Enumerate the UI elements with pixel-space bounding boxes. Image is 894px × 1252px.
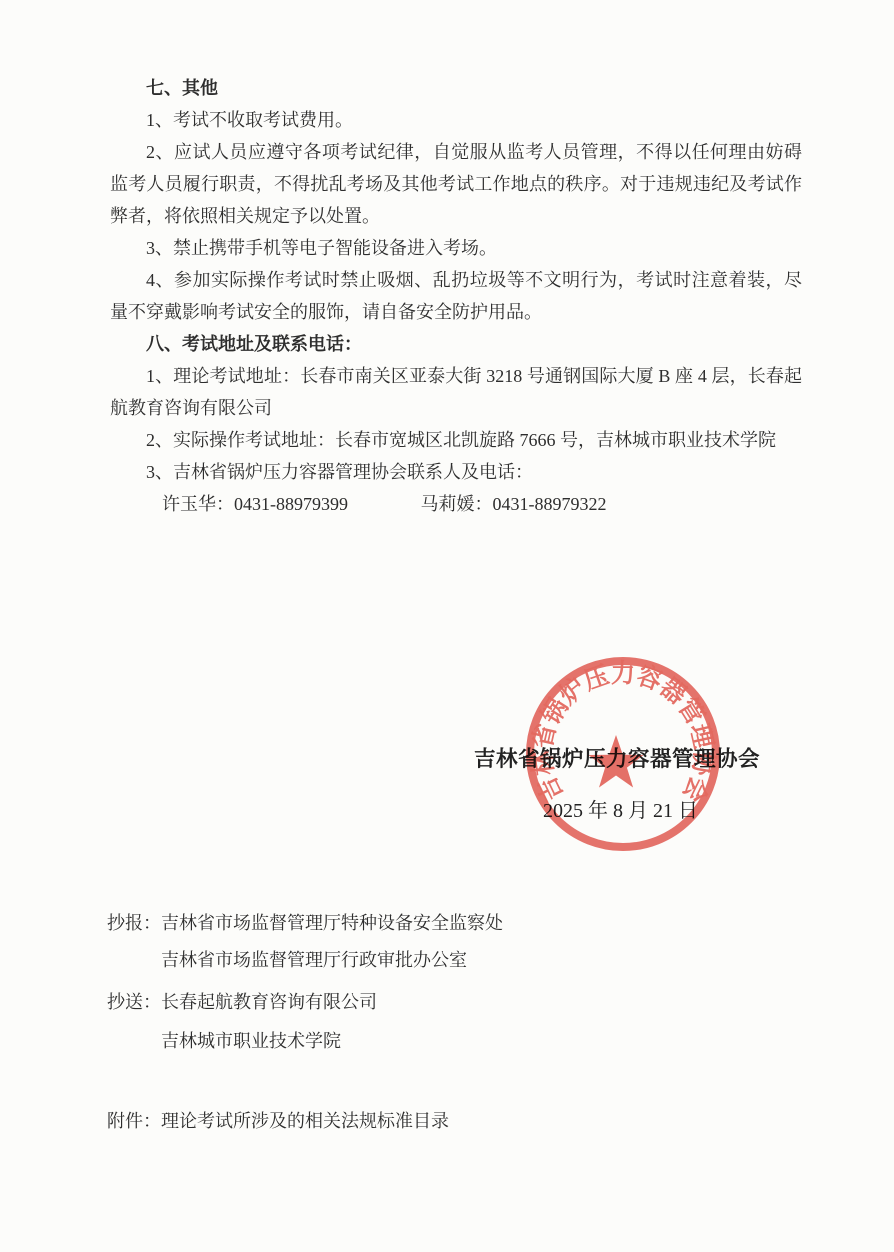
attachment-label: 附件： — [107, 1111, 161, 1131]
cc-report-line-1: 抄报：吉林省市场监督管理厅特种设备安全监察处 — [107, 911, 503, 935]
cc-report-item-2: 吉林省市场监督管理厅行政审批办公室 — [161, 950, 467, 970]
seal-text-arc — [551, 682, 695, 798]
cc-send-line-1: 抄送：长春起航教育咨询有限公司 — [107, 990, 377, 1014]
section-7-heading: 七、其他 — [110, 72, 802, 104]
attachment-text: 理论考试所涉及的相关法规标准目录 — [161, 1111, 449, 1131]
cc-report-item-1: 吉林省市场监督管理厅特种设备安全监察处 — [161, 913, 503, 933]
section-8-heading: 八、考试地址及联系电话： — [110, 328, 802, 360]
paragraph-7-3: 3、禁止携带手机等电子智能设备进入考场。 — [110, 232, 802, 264]
paragraph-8-1: 1、理论考试地址：长春市南关区亚泰大街 3218 号通钢国际大厦 B 座 4 层… — [110, 360, 802, 424]
cc-report-line-2: 吉林省市场监督管理厅行政审批办公室 — [161, 948, 467, 972]
signature-date: 2025 年 8 月 21 日 — [543, 794, 698, 823]
cc-send-line-2: 吉林城市职业技术学院 — [161, 1029, 341, 1053]
paragraph-7-1: 1、考试不收取考试费用。 — [110, 104, 802, 136]
paragraph-8-3: 3、吉林省锅炉压力容器管理协会联系人及电话： — [110, 456, 802, 488]
attachment-line: 附件：理论考试所涉及的相关法规标准目录 — [107, 1109, 449, 1133]
cc-report-label: 抄报： — [107, 913, 161, 933]
seal-ring-text-path: 吉林省锅炉压力容器管理协会 — [527, 659, 719, 806]
contact-person-2: 马莉媛：0431-88979322 — [421, 494, 607, 514]
contact-line: 许玉华：0431-88979399 马莉媛：0431-88979322 — [110, 488, 802, 520]
paragraph-8-2: 2、实际操作考试地址：长春市宽城区北凯旋路 7666 号，吉林城市职业技术学院 — [110, 424, 802, 456]
contact-person-1: 许玉华：0431-88979399 — [162, 494, 348, 514]
cc-send-item-1: 长春起航教育咨询有限公司 — [161, 992, 377, 1012]
cc-send-item-2: 吉林城市职业技术学院 — [161, 1031, 341, 1051]
signature-organization: 吉林省锅炉压力容器管理协会 — [474, 742, 760, 773]
seal-ring-text: 吉林省锅炉压力容器管理协会 — [527, 659, 719, 806]
document-page: 七、其他 1、考试不收取考试费用。 2、应试人员应遵守各项考试纪律，自觉服从监考… — [0, 0, 894, 1252]
document-body: 七、其他 1、考试不收取考试费用。 2、应试人员应遵守各项考试纪律，自觉服从监考… — [110, 72, 802, 520]
paragraph-7-4: 4、参加实际操作考试时禁止吸烟、乱扔垃圾等不文明行为，考试时注意着装，尽量不穿戴… — [110, 264, 802, 328]
paragraph-7-2: 2、应试人员应遵守各项考试纪律，自觉服从监考人员管理，不得以任何理由妨碍监考人员… — [110, 136, 802, 232]
cc-send-label: 抄送： — [107, 992, 161, 1012]
